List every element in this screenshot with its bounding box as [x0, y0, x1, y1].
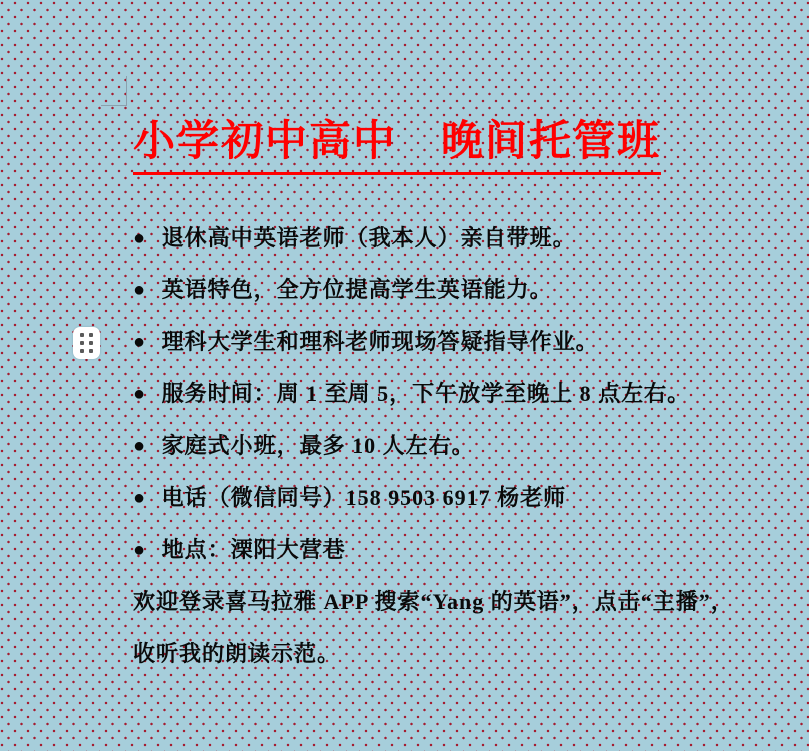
margin-corner-mark — [101, 76, 127, 106]
list-item[interactable]: ● 电话（微信同号）158 9503 6917 杨老师 — [133, 472, 779, 524]
list-item[interactable]: ● 退休高中英语老师（我本人）亲自带班。 — [133, 212, 779, 264]
document-content: 小学初中高中 晚间托管班 ● 退休高中英语老师（我本人）亲自带班。 ● 英语特色… — [133, 116, 779, 680]
list-item-text: 英语特色，全方位提高学生英语能力。 — [162, 277, 553, 302]
document-page: 小学初中高中 晚间托管班 ● 退休高中英语老师（我本人）亲自带班。 ● 英语特色… — [0, 0, 809, 751]
drag-handle-icon[interactable] — [73, 327, 100, 359]
bullet-icon: ● — [133, 316, 146, 368]
bullet-icon: ● — [133, 264, 146, 316]
list-item[interactable]: ● 家庭式小班，最多 10 人左右。 — [133, 420, 779, 472]
list-item-text: 服务时间：周 1 至周 5，下午放学至晚上 8 点左右。 — [162, 381, 691, 406]
list-item-text: 退休高中英语老师（我本人）亲自带班。 — [162, 225, 576, 250]
list-item[interactable]: ● 理科大学生和理科老师现场答疑指导作业。 — [133, 316, 779, 368]
list-item-text: 地点：溧阳大营巷 — [162, 537, 346, 562]
closing-line[interactable]: 收听我的朗读示范。 — [133, 628, 779, 680]
bullet-list: ● 退休高中英语老师（我本人）亲自带班。 ● 英语特色，全方位提高学生英语能力。… — [133, 212, 779, 576]
list-item-text: 家庭式小班，最多 10 人左右。 — [162, 433, 475, 458]
bullet-icon: ● — [133, 524, 146, 576]
closing-paragraph: 欢迎登录喜马拉雅 APP 搜索“Yang 的英语”，点击“主播”， 收听我的朗读… — [133, 576, 779, 680]
bullet-icon: ● — [133, 212, 146, 264]
list-item[interactable]: ● 地点：溧阳大营巷 — [133, 524, 779, 576]
list-item[interactable]: ● 服务时间：周 1 至周 5，下午放学至晚上 8 点左右。 — [133, 368, 779, 420]
list-item-text: 电话（微信同号）158 9503 6917 杨老师 — [162, 485, 567, 510]
list-item[interactable]: ● 英语特色，全方位提高学生英语能力。 — [133, 264, 779, 316]
page-title[interactable]: 小学初中高中 晚间托管班 — [133, 116, 661, 175]
bullet-icon: ● — [133, 420, 146, 472]
bullet-icon: ● — [133, 368, 146, 420]
list-item-text: 理科大学生和理科老师现场答疑指导作业。 — [162, 329, 599, 354]
bullet-icon: ● — [133, 472, 146, 524]
closing-line[interactable]: 欢迎登录喜马拉雅 APP 搜索“Yang 的英语”，点击“主播”， — [133, 576, 779, 628]
